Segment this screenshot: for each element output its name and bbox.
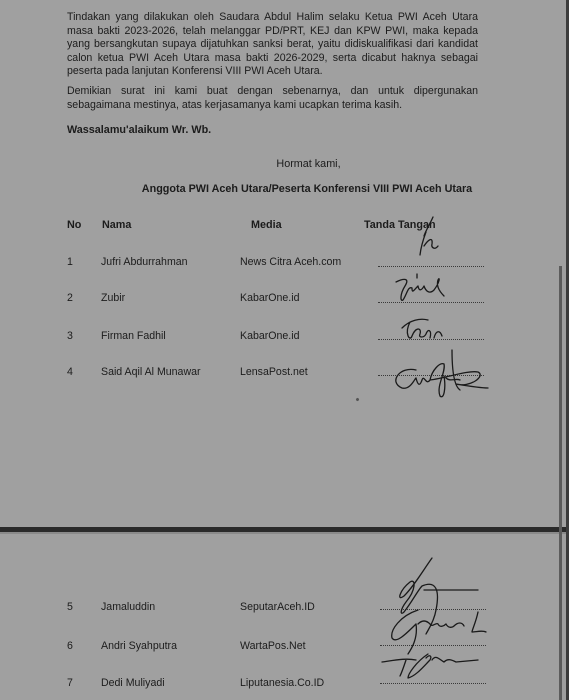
vertical-scrollbar[interactable] — [559, 266, 562, 700]
closing-paragraph: Demikian surat ini kami buat dengan sebe… — [67, 85, 478, 112]
closing-greeting: Wassalamu'alaikum Wr. Wb. — [67, 124, 211, 136]
row-no: 6 — [67, 640, 73, 652]
row-media: WartaPos.Net — [240, 640, 306, 652]
row-name: Jamaluddin — [101, 601, 155, 613]
violation-paragraph: Tindakan yang dilakukan oleh Saudara Abd… — [67, 11, 478, 79]
document-viewer: Tindakan yang dilakukan oleh Saudara Abd… — [0, 0, 569, 700]
row-media: News Citra Aceh.com — [240, 256, 341, 268]
header-name: Nama — [102, 219, 131, 231]
row-media: SeputarAceh.ID — [240, 601, 315, 613]
row-name: Andri Syahputra — [101, 640, 177, 652]
row-name: Zubir — [101, 292, 125, 304]
row-name: Dedi Muliyadi — [101, 677, 165, 689]
row-name: Firman Fadhil — [101, 330, 166, 342]
regards-text: Hormat kami, — [0, 158, 569, 170]
row-media: KabarOne.id — [240, 330, 299, 342]
signatories-heading: Anggota PWI Aceh Utara/Peserta Konferens… — [0, 183, 569, 195]
row-no: 3 — [67, 330, 73, 342]
row-no: 4 — [67, 366, 73, 378]
row-name: Said Aqil Al Munawar — [101, 366, 201, 378]
header-no: No — [67, 219, 81, 231]
signature-image — [360, 550, 500, 700]
row-no: 1 — [67, 256, 73, 268]
row-no: 7 — [67, 677, 73, 689]
page-separator-shadow — [0, 532, 569, 534]
signature-image — [360, 210, 500, 400]
row-no: 2 — [67, 292, 73, 304]
scan-mark — [355, 397, 359, 401]
row-media: Liputanesia.Co.ID — [240, 677, 324, 689]
row-media: LensaPost.net — [240, 366, 308, 378]
row-name: Jufri Abdurrahman — [101, 256, 188, 268]
row-media: KabarOne.id — [240, 292, 299, 304]
row-no: 5 — [67, 601, 73, 613]
header-media: Media — [251, 219, 282, 231]
